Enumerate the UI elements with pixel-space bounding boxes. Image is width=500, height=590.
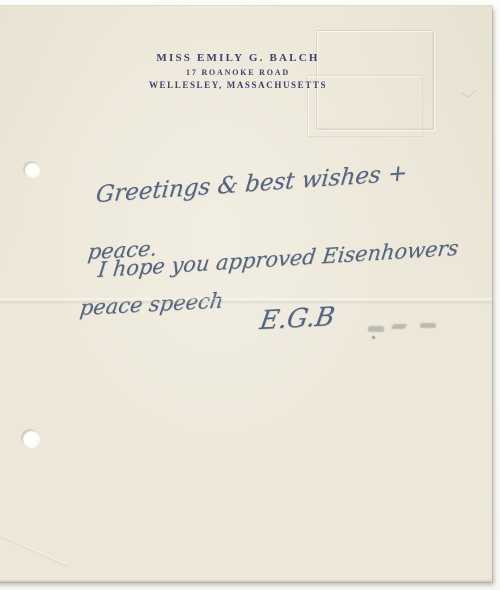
corner-fold-mark: [461, 87, 476, 98]
handwriting-line-1: Greetings & best wishes +: [95, 160, 409, 208]
letterhead: MISS EMILY G. BALCH 17 ROANOKE ROAD WELL…: [148, 52, 328, 90]
paper-edge-shadow: [0, 579, 492, 582]
bottom-corner-crease: [0, 528, 69, 567]
letter-paper: MISS EMILY G. BALCH 17 ROANOKE ROAD WELL…: [0, 6, 492, 582]
hole-punch-bottom: [22, 430, 39, 447]
pencil-smudge: [368, 320, 446, 340]
fold-crease: [0, 298, 492, 304]
letterhead-city: WELLESLEY, MASSACHUSETTS: [148, 80, 328, 90]
hole-punch-top: [24, 162, 39, 177]
embossed-stamp: [316, 30, 434, 130]
handwriting-signature: E.G.B: [258, 302, 337, 336]
letterhead-address: 17 ROANOKE ROAD: [148, 68, 328, 77]
handwriting-line-4: peace speech: [79, 288, 225, 320]
scanned-document: MISS EMILY G. BALCH 17 ROANOKE ROAD WELL…: [0, 0, 500, 590]
letterhead-name: MISS EMILY G. BALCH: [148, 52, 328, 64]
